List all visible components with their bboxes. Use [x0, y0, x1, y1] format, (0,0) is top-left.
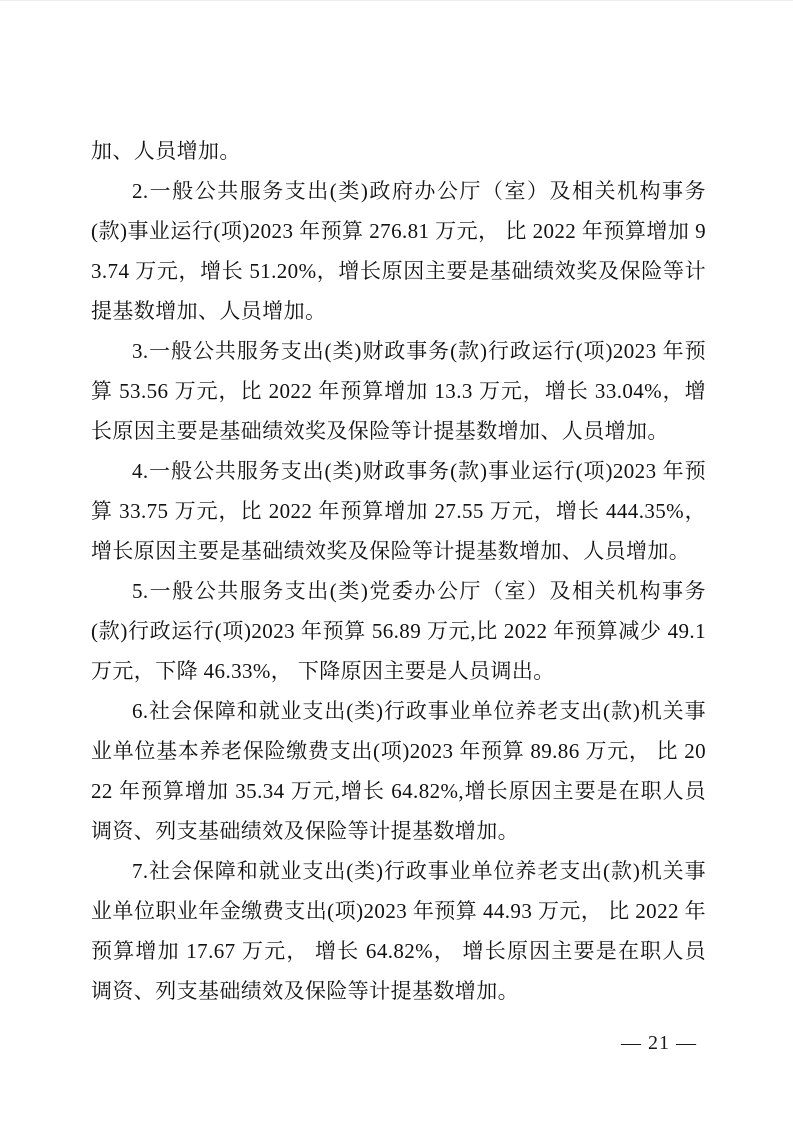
paragraph-item-2: 2.一般公共服务支出(类)政府办公厅（室）及相关机构事务(款)事业运行(项)20… [91, 171, 706, 331]
paragraph-item-3: 3.一般公共服务支出(类)财政事务(款)行政运行(项)2023 年预算 53.5… [91, 331, 706, 451]
page-number: — 21 — [621, 1030, 697, 1056]
document-page: 加、人员增加。 2.一般公共服务支出(类)政府办公厅（室）及相关机构事务(款)事… [0, 0, 793, 1123]
paragraph-continuation: 加、人员增加。 [91, 131, 706, 171]
paragraph-item-5: 5.一般公共服务支出(类)党委办公厅（室）及相关机构事务(款)行政运行(项)20… [91, 571, 706, 691]
paragraph-item-4: 4.一般公共服务支出(类)财政事务(款)事业运行(项)2023 年预算 33.7… [91, 451, 706, 571]
paragraph-item-6: 6.社会保障和就业支出(类)行政事业单位养老支出(款)机关事业单位基本养老保险缴… [91, 691, 706, 851]
paragraph-item-7: 7.社会保障和就业支出(类)行政事业单位养老支出(款)机关事业单位职业年金缴费支… [91, 851, 706, 1011]
document-body: 加、人员增加。 2.一般公共服务支出(类)政府办公厅（室）及相关机构事务(款)事… [91, 131, 706, 1011]
